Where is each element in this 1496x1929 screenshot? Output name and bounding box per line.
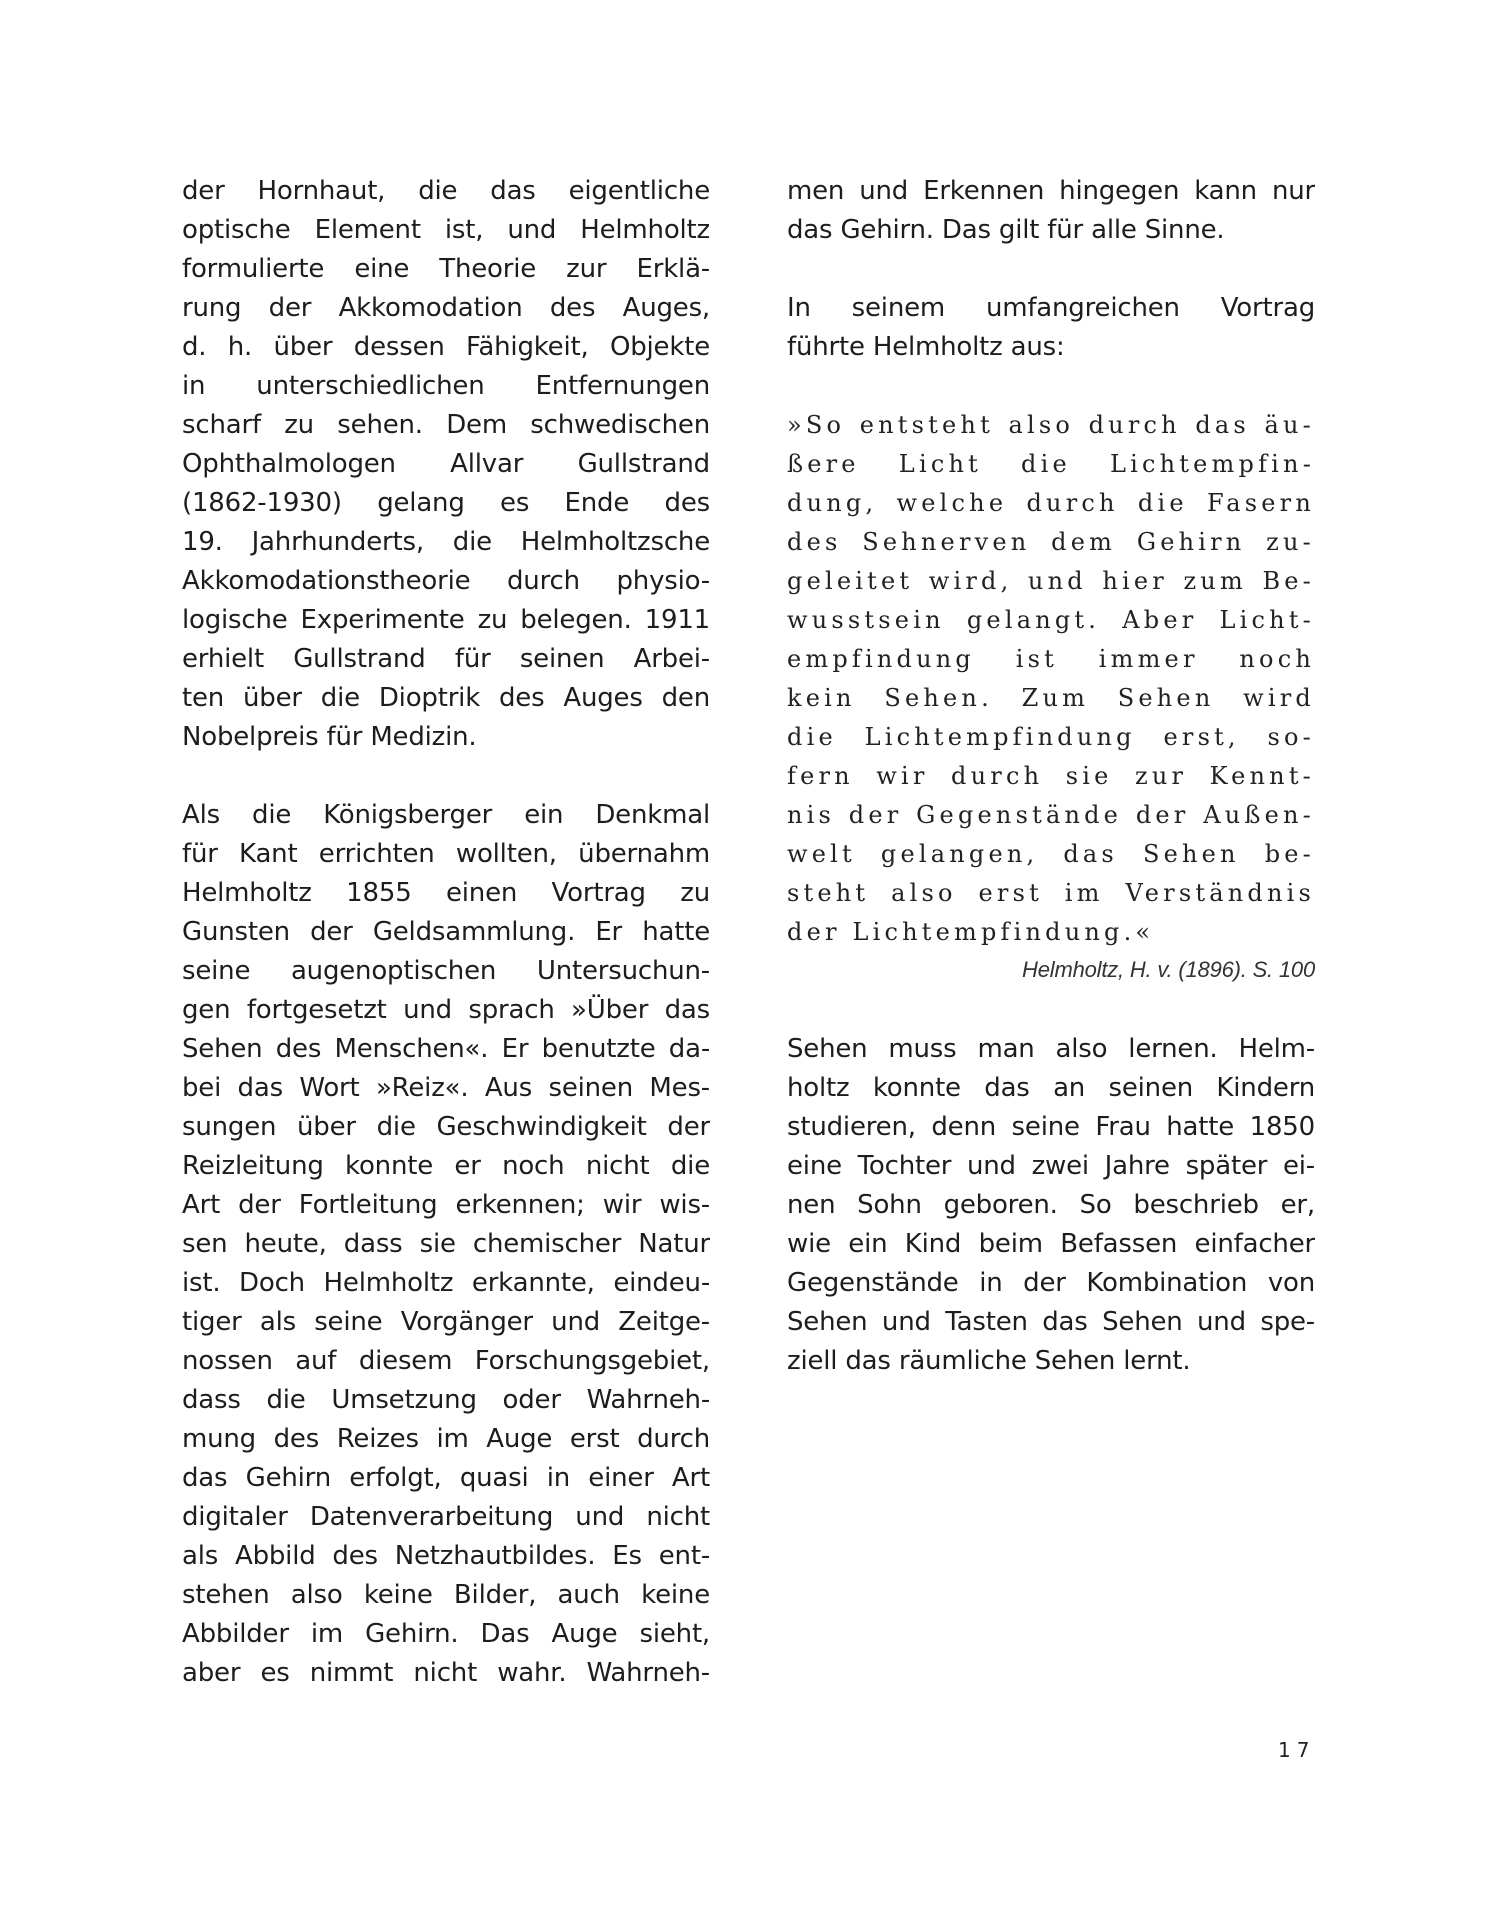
- quote-line: »So entsteht also durch das äu-: [787, 406, 1315, 445]
- text-line: In seinem umfangreichen Vortrag: [787, 289, 1315, 328]
- paragraph-gap: [182, 757, 710, 796]
- quote-citation: Helmholtz, H. v. (1896). S. 100: [787, 952, 1315, 991]
- text-line: bei das Wort »Reiz«. Aus seinen Mes-: [182, 1069, 710, 1108]
- paragraph-learning-to-see: Sehen muss man also lernen. Helm- holtz …: [787, 1030, 1315, 1381]
- text-line: Reizleitung konnte er noch nicht die: [182, 1147, 710, 1186]
- text-line: stehen also keine Bilder, auch keine: [182, 1576, 710, 1615]
- quote-line: fern wir durch sie zur Kennt-: [787, 757, 1315, 796]
- text-line: seine augenoptischen Untersuchun-: [182, 952, 710, 991]
- text-line: wie ein Kind beim Befassen einfacher: [787, 1225, 1315, 1264]
- text-line: Sehen des Menschen«. Er benutzte da-: [182, 1030, 710, 1069]
- paragraph-intro-quote: In seinem umfangreichen Vortrag führte H…: [787, 289, 1315, 367]
- text-line: ziell das räumliche Sehen lernt.: [787, 1342, 1315, 1381]
- text-line: nossen auf diesem Forschungsgebiet,: [182, 1342, 710, 1381]
- text-line: das Gehirn erfolgt, quasi in einer Art: [182, 1459, 710, 1498]
- quote-line: wusstsein gelangt. Aber Licht-: [787, 601, 1315, 640]
- quote-line: ßere Licht die Lichtempfin-: [787, 445, 1315, 484]
- text-line: sen heute, dass sie chemischer Natur: [182, 1225, 710, 1264]
- text-line: Helmholtz 1855 einen Vortrag zu: [182, 874, 710, 913]
- quote-line: nis der Gegenstände der Außen-: [787, 796, 1315, 835]
- quote-line: empfindung ist immer noch: [787, 640, 1315, 679]
- text-line: studieren, denn seine Frau hatte 1850: [787, 1108, 1315, 1147]
- text-line: Ophthalmologen Allvar Gullstrand: [182, 445, 710, 484]
- left-column: der Hornhaut, die das eigentliche optisc…: [182, 172, 710, 1693]
- paragraph-gap: [787, 991, 1315, 1030]
- text-line: Abbilder im Gehirn. Das Auge sieht,: [182, 1615, 710, 1654]
- paragraph-gap: [787, 250, 1315, 289]
- text-line: holtz konnte das an seinen Kindern: [787, 1069, 1315, 1108]
- text-line: rung der Akkomodation des Auges,: [182, 289, 710, 328]
- text-line: Gunsten der Geldsammlung. Er hatte: [182, 913, 710, 952]
- quote-line: der Lichtempfindung.«: [787, 913, 1315, 952]
- quote-line: dung, welche durch die Fasern: [787, 484, 1315, 523]
- text-line: in unterschiedlichen Entfernungen: [182, 367, 710, 406]
- quote-line: steht also erst im Verständnis: [787, 874, 1315, 913]
- text-line: das Gehirn. Das gilt für alle Sinne.: [787, 211, 1315, 250]
- text-line: sungen über die Geschwindigkeit der: [182, 1108, 710, 1147]
- text-line: Art der Fortleitung erkennen; wir wis-: [182, 1186, 710, 1225]
- text-line: (1862-1930) gelang es Ende des: [182, 484, 710, 523]
- quote-line: des Sehnerven dem Gehirn zu-: [787, 523, 1315, 562]
- text-line: eine Tochter und zwei Jahre später ei-: [787, 1147, 1315, 1186]
- text-line: der Hornhaut, die das eigentliche: [182, 172, 710, 211]
- text-line: digitaler Datenverarbeitung und nicht: [182, 1498, 710, 1537]
- text-line: d. h. über dessen Fähigkeit, Objekte: [182, 328, 710, 367]
- text-line: logische Experimente zu belegen. 1911: [182, 601, 710, 640]
- text-line: Akkomodationstheorie durch physio-: [182, 562, 710, 601]
- quote-line: die Lichtempfindung erst, so-: [787, 718, 1315, 757]
- text-line: optische Element ist, und Helmholtz: [182, 211, 710, 250]
- text-line: Gegenstände in der Kombination von: [787, 1264, 1315, 1303]
- paragraph-continuation: men und Erkennen hingegen kann nur das G…: [787, 172, 1315, 250]
- quote-line: geleitet wird, und hier zum Be-: [787, 562, 1315, 601]
- text-line: Sehen und Tasten das Sehen und spe-: [787, 1303, 1315, 1342]
- text-line: scharf zu sehen. Dem schwedischen: [182, 406, 710, 445]
- paragraph-gullstrand: der Hornhaut, die das eigentliche optisc…: [182, 172, 710, 757]
- text-line: Sehen muss man also lernen. Helm-: [787, 1030, 1315, 1069]
- text-line: 19. Jahrhunderts, die Helmholtzsche: [182, 523, 710, 562]
- text-line: Nobelpreis für Medizin.: [182, 718, 710, 757]
- text-line: men und Erkennen hingegen kann nur: [787, 172, 1315, 211]
- text-line: erhielt Gullstrand für seinen Arbei-: [182, 640, 710, 679]
- paragraph-gap: [787, 367, 1315, 406]
- text-line: dass die Umsetzung oder Wahrneh-: [182, 1381, 710, 1420]
- quote-line: welt gelangen, das Sehen be-: [787, 835, 1315, 874]
- text-line: für Kant errichten wollten, übernahm: [182, 835, 710, 874]
- text-line: formulierte eine Theorie zur Erklä-: [182, 250, 710, 289]
- text-line: nen Sohn geboren. So beschrieb er,: [787, 1186, 1315, 1225]
- quote-line: kein Sehen. Zum Sehen wird: [787, 679, 1315, 718]
- text-line: gen fortgesetzt und sprach »Über das: [182, 991, 710, 1030]
- text-line: tiger als seine Vorgänger und Zeitge-: [182, 1303, 710, 1342]
- page-number: 17: [1278, 1738, 1314, 1762]
- paragraph-koenigsberg: Als die Königsberger ein Denkmal für Kan…: [182, 796, 710, 1693]
- text-line: Als die Königsberger ein Denkmal: [182, 796, 710, 835]
- text-line: ten über die Dioptrik des Auges den: [182, 679, 710, 718]
- text-line: als Abbild des Netzhautbildes. Es ent-: [182, 1537, 710, 1576]
- text-line: ist. Doch Helmholtz erkannte, eindeu-: [182, 1264, 710, 1303]
- text-line: mung des Reizes im Auge erst durch: [182, 1420, 710, 1459]
- block-quote: »So entsteht also durch das äu- ßere Lic…: [787, 406, 1315, 991]
- text-line: führte Helmholtz aus:: [787, 328, 1315, 367]
- text-line: aber es nimmt nicht wahr. Wahrneh-: [182, 1654, 710, 1693]
- right-column: men und Erkennen hingegen kann nur das G…: [787, 172, 1315, 1381]
